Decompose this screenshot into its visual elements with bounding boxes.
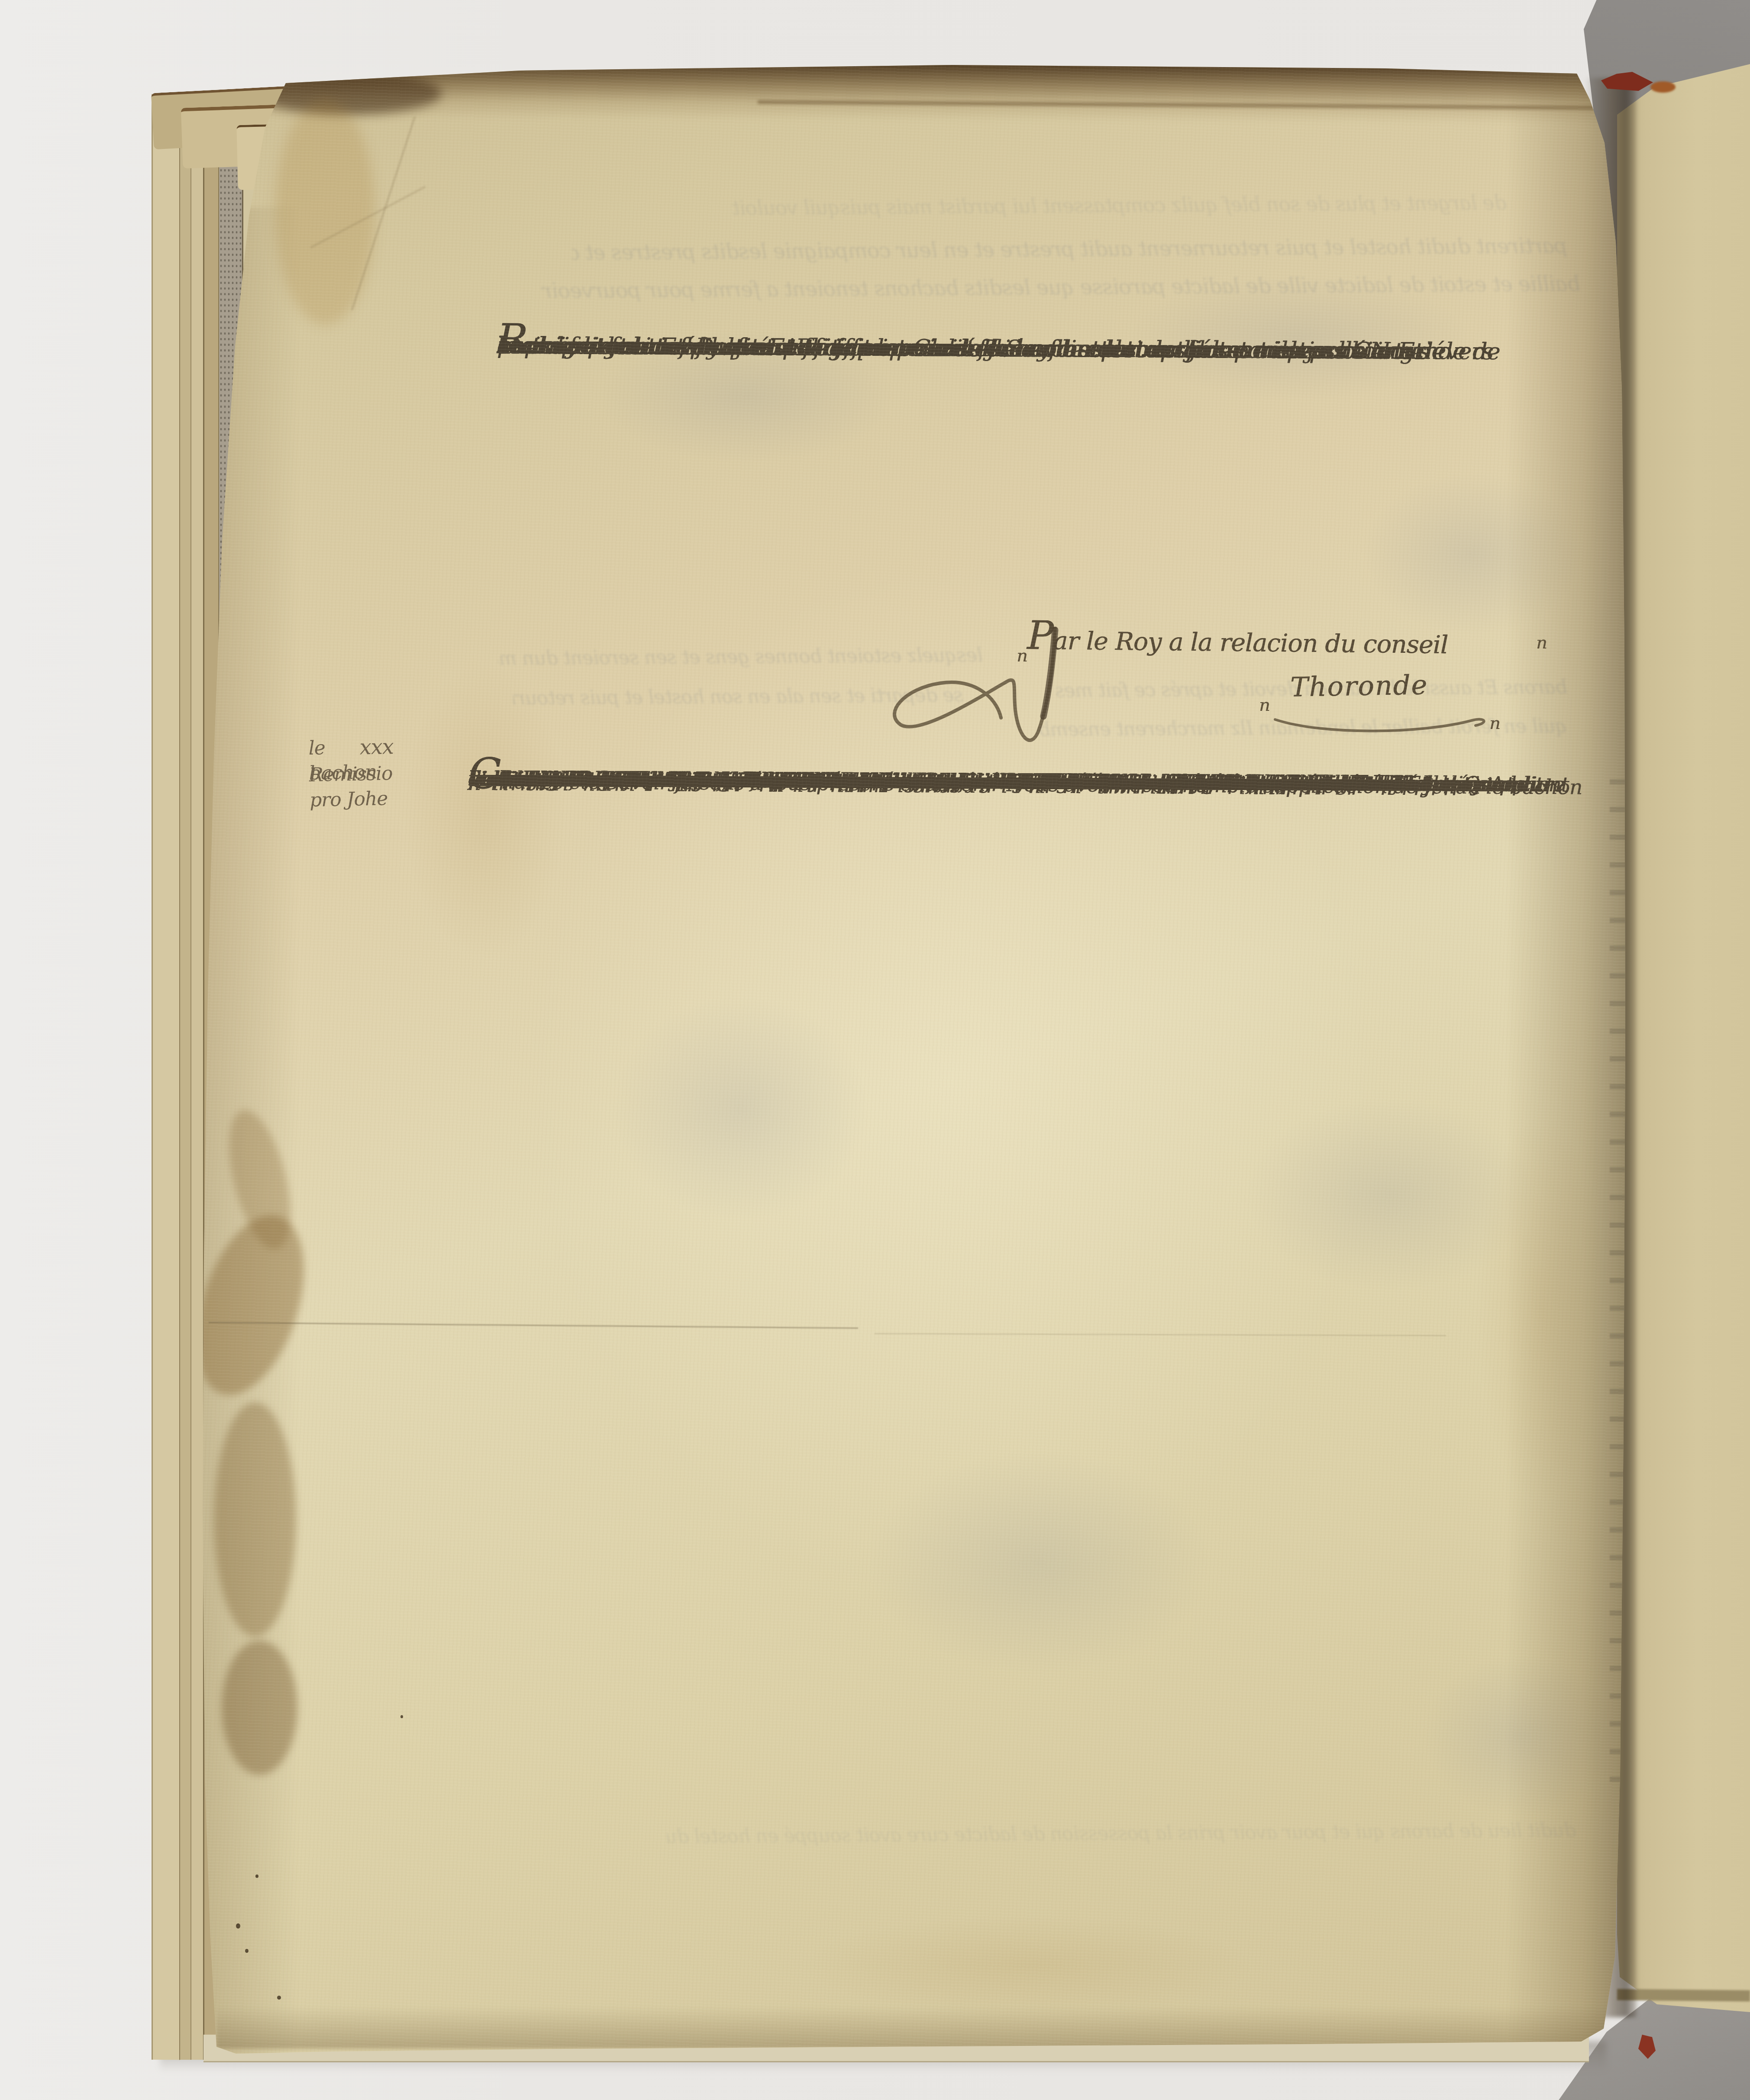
manuscript-line: barons Et aussi ledit bachon devoit et a… xyxy=(468,765,1417,798)
bottom-edge-toning xyxy=(216,2007,1619,2048)
ink-speck xyxy=(236,1923,240,1929)
show-through-mottle xyxy=(801,1407,1277,1719)
facing-page xyxy=(1617,64,1750,2012)
notarial-mark: n xyxy=(1536,633,1547,653)
manuscript-line: de son blef et de son vin Et ledit prest… xyxy=(468,765,1086,797)
manuscript-line: lesdits prestres dist quilz les auroient… xyxy=(468,765,1393,798)
wrinkle-line xyxy=(351,116,415,310)
show-through-text: baillie et estoit de ladicte ville de la… xyxy=(541,272,1580,303)
manuscript-line: bachons dist quilz ne povoient riens ne … xyxy=(468,765,1489,799)
page-edge-strip xyxy=(191,94,204,2060)
browned-top-corner xyxy=(255,71,442,115)
manuscript-line: cccc quatorze Et de nostre regne le xxxv… xyxy=(497,328,967,367)
paraph-flourish xyxy=(0,0,1750,2100)
margin-note-line: le bachon xyxy=(308,735,377,786)
toned-mottle xyxy=(1450,1039,1632,1580)
manuscript-line: la vendicte qui lui demouroit avoit sur … xyxy=(468,765,1417,798)
manuscript-line: dimenche derrenier jour de Septembre der… xyxy=(468,765,1565,799)
manuscript-photo: partirent dudit hostel et puis retourner… xyxy=(0,0,1750,2100)
crease-line xyxy=(209,1322,858,1329)
manuscript-line: ses biens non confisquez pouoir empesché… xyxy=(497,328,1493,370)
manuscript-line: prestres et lesdits suppliants et tant q… xyxy=(468,765,1433,798)
manuscript-line: et la vendue de certaine somme que ledit… xyxy=(468,765,1317,798)
crease-line xyxy=(875,1333,1446,1336)
manuscript-line: de vin se rapporter Et pareillement reto… xyxy=(468,765,1440,798)
under-edge-line xyxy=(758,100,1606,110)
show-through-mottle xyxy=(1385,1623,1654,1848)
chancery-subscription: Par le Roy a la relacion du conseil xyxy=(1027,626,1448,659)
manuscript-line: lequel prestre qui avoit trop beu dist q… xyxy=(468,765,1425,798)
manuscript-line: Charles etc Savoir faisons a tous presen… xyxy=(468,765,1582,802)
show-through-mottle xyxy=(1061,251,1537,424)
show-through-text: barons Et aussi ledit bachon devoit et a… xyxy=(1056,676,1567,702)
manuscript-line: ses aines demoura et la vendicte de ladi… xyxy=(468,765,1453,798)
ink-speck xyxy=(277,1996,281,2000)
manuscript-line: pour avoir argent pour soy en aler Et lo… xyxy=(468,765,1403,798)
manuscript-line: lesquelz estoient bonnes gens et sen ser… xyxy=(468,765,1273,797)
manuscript-line: lautruy en toutes Donné a Paris ou mois … xyxy=(497,328,1287,368)
manuscript-line: baillie et estoit de ladicte ville de la… xyxy=(468,765,1543,799)
manuscript-line: de barons Et lors ladicte femme Et lors … xyxy=(468,765,1331,798)
manuscript-line: lendemain lesdits suppliants chanterent … xyxy=(468,765,1450,798)
manuscript-line: la plaine de briefvaulde Et afin que ce … xyxy=(497,328,1429,369)
manuscript-line: suppliant lui dist quil ne disoit pas bi… xyxy=(468,765,1379,798)
water-stain xyxy=(214,1403,296,1636)
page-highlight xyxy=(390,390,1515,1775)
manuscript-line: Mais satisfacion luy estant faite mise o… xyxy=(497,328,1500,370)
show-through-text: se departi et sen ala en son hostel et p… xyxy=(513,684,963,709)
notarial-mark: n xyxy=(1017,646,1027,666)
water-stain xyxy=(217,1104,302,1255)
manuscript-line: avoir argent de son blef et en habitant … xyxy=(468,765,1331,798)
browned-top-edge xyxy=(208,57,1633,124)
manuscript-line: Remis pardonné Ilz firent seuffrant Clai… xyxy=(497,328,1403,369)
notarial-mark: n xyxy=(1259,695,1270,715)
ink-speck xyxy=(245,1949,249,1953)
manuscript-line: faulsetez a mauvaises gens lesquelz laur… xyxy=(468,765,1372,798)
show-through-mottle xyxy=(1191,1061,1589,1329)
ink-speck xyxy=(255,1874,258,1878)
wrinkle-line xyxy=(310,186,426,248)
manuscript-line: en partie de blef que avoient pourveu ba… xyxy=(468,765,1339,798)
notarial-mark: n xyxy=(1489,713,1500,733)
manuscript-line: ladicte feste qui devoit estre audit pou… xyxy=(468,765,1514,799)
show-through-mottle xyxy=(563,952,918,1264)
gutter-side-toning xyxy=(1507,65,1629,2043)
show-through-text: partirent dudit hostel et puis retourner… xyxy=(571,234,1567,265)
facing-page-bottom-edge xyxy=(1617,1989,1750,2001)
manuscript-line: partirent dudit hostel et puis retourner… xyxy=(468,765,1524,799)
manuscript-line: de largent et plus de son blef quilz com… xyxy=(468,765,1261,797)
show-through-text: de largent et plus de son blef quilz com… xyxy=(641,191,1507,220)
toned-mottle xyxy=(372,606,597,1017)
manuscript-line: hostelier demourant a barons pres de meu… xyxy=(468,765,1528,799)
manuscript-line: quil en feroit bailler le lendemain Ilz … xyxy=(468,765,1401,798)
manuscript-line: vin et lui vendi avoine Et tantost aprés… xyxy=(468,765,1384,798)
manuscript-line: dudit prestre et illec prindrent parcell… xyxy=(468,765,1333,798)
manuscript-line: avons fait mettre nostre seel a ces pres… xyxy=(497,328,1423,369)
ink-speck xyxy=(400,1715,403,1718)
manuscript-line: se departi et sen ala en son hostel et p… xyxy=(468,765,1359,798)
page-edge-strip xyxy=(152,94,180,2060)
manuscript-line: dist pas tout et que sil vouloit dire ce… xyxy=(468,765,1212,797)
manuscript-line: honte et que ledit bachon son mary avoit… xyxy=(468,765,1390,798)
toned-mottle xyxy=(714,1896,1342,2035)
manuscript-line: ainsi quilz avoient acoustumé Et ledit s… xyxy=(468,765,1418,798)
page-edge-strip xyxy=(180,94,191,2060)
show-through-mottle xyxy=(541,303,952,489)
manuscript-line: prestres et lesdits suppliants lesdits p… xyxy=(468,765,1428,798)
parchment-page: partirent dudit hostel et puis retourner… xyxy=(0,0,1750,2100)
manuscript-line: pour le luy se ne poursuiviste fait une … xyxy=(497,328,1444,369)
red-binding-sliver-top-2 xyxy=(1650,81,1676,93)
water-stain xyxy=(275,100,375,325)
show-through-text: dudit lieu de barons qui et pour avoir p… xyxy=(667,1819,1576,1848)
show-through-text: lesquelz estoient bonnes gens et sen ser… xyxy=(498,644,983,670)
manuscript-line: et aussi y souppa puis alerent prestre e… xyxy=(468,765,1480,799)
show-through-mottle xyxy=(1321,442,1624,667)
manuscript-line: prestre qui ladicte cure avoit a ferme d… xyxy=(468,765,1424,798)
folio-item-number: xxx xyxy=(359,734,394,760)
manuscript-line: dudit lieu de barons qui et pour avoir p… xyxy=(468,765,1569,799)
clerk-signature: Thoronde xyxy=(1290,669,1428,703)
manuscript-line: dictes hardiment tout ce que vous savez … xyxy=(468,765,1343,798)
show-through-text: quil en feroit bailler le lendemain Ilz … xyxy=(1039,715,1567,741)
margin-note-line: Remissio pro Johe xyxy=(309,761,393,813)
water-stain xyxy=(222,1641,297,1775)
